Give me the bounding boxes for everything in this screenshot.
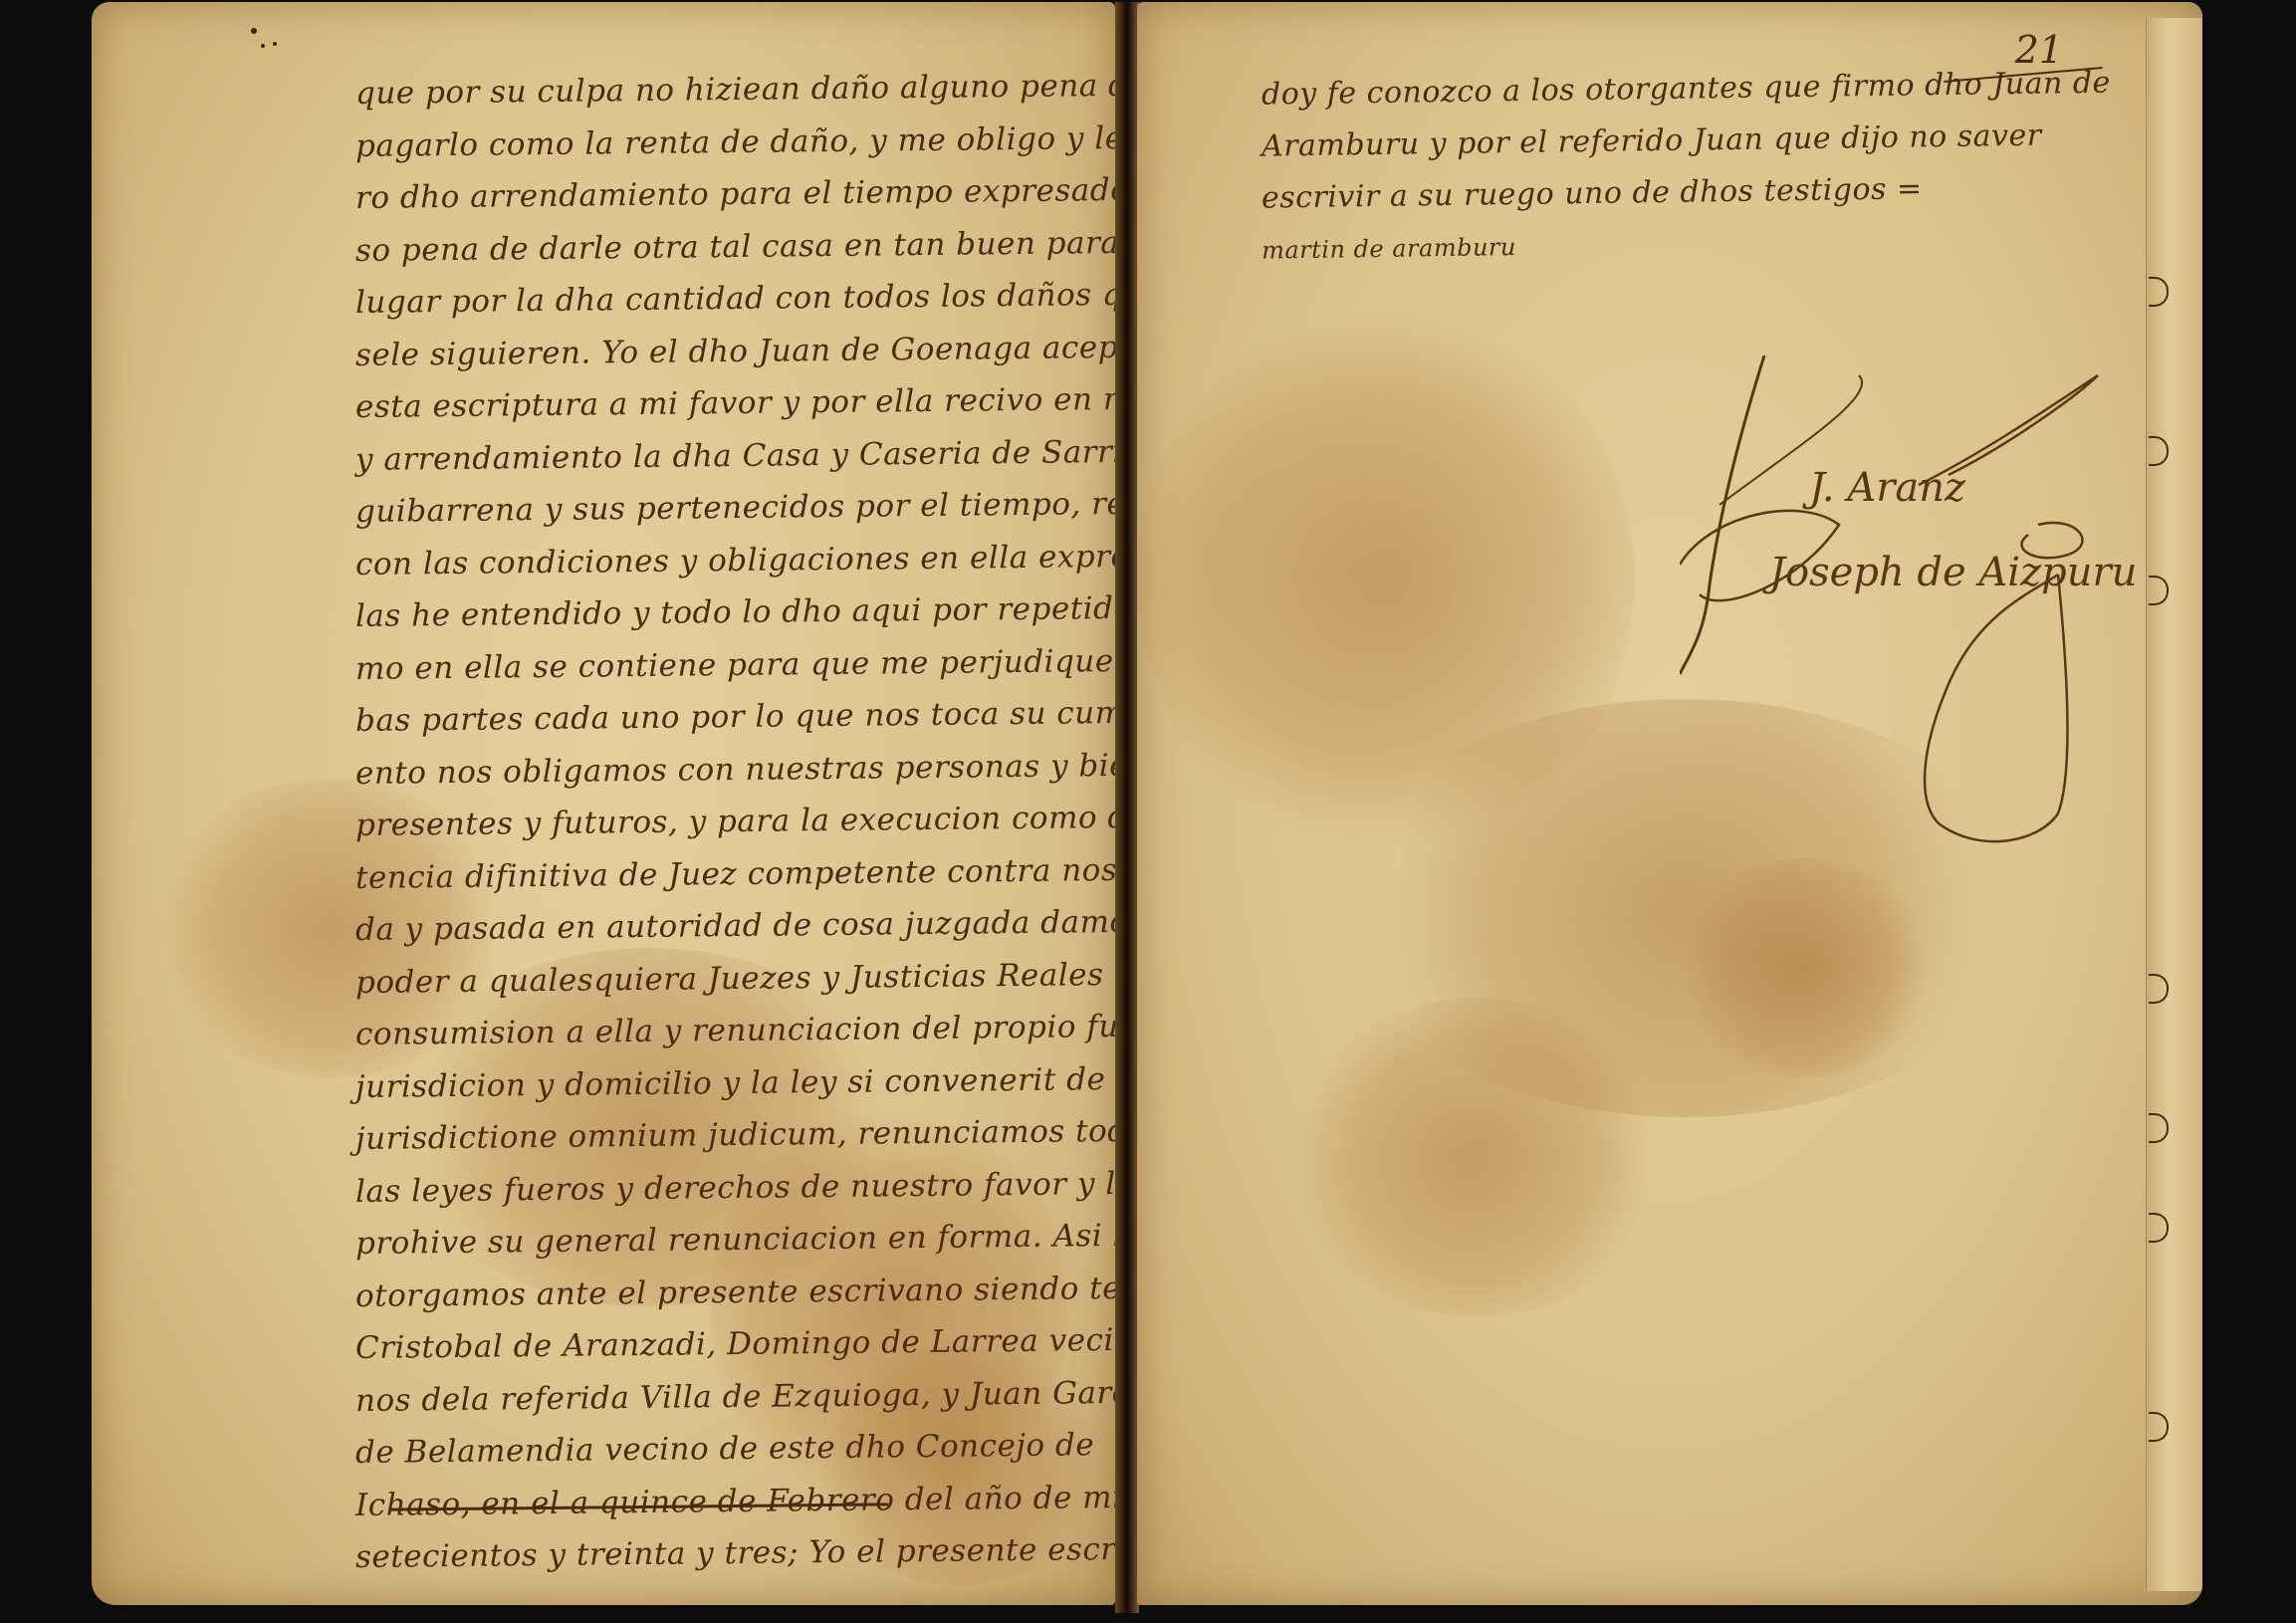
right-page-text: doy fe conozco a los otorgantes que firm… — [1262, 64, 2058, 259]
manuscript-line: consumision a ella y renunciacion del pr… — [355, 1001, 1113, 1060]
manuscript-line: lugar por la dha cantidad con todos los … — [355, 269, 1113, 329]
manuscript-line: ento nos obligamos con nuestras personas… — [355, 740, 1113, 800]
manuscript-line: so pena de darle otra tal casa en tan bu… — [355, 217, 1113, 277]
book-gutter — [1115, 2, 1139, 1613]
manuscript-line: las he entendido y todo lo dho aqui por … — [355, 582, 1113, 642]
signature-line-1: J. Aranz — [1809, 465, 1965, 511]
signature-flourish: J. Aranz Joseph de Aizpuru — [1680, 355, 2158, 853]
manuscript-line: presentes y futuros, y para la execucion… — [355, 792, 1113, 851]
manuscript-line: ro dho arrendamiento para el tiempo expr… — [355, 164, 1113, 224]
manuscript-line: guibarrena y sus pertenecidos por el tie… — [355, 478, 1113, 538]
manuscript-line: de Belamendia vecino de este dho Concejo… — [355, 1419, 1113, 1479]
page-fore-edge — [2146, 18, 2202, 1591]
right-page: 21 doy fe conozco a los otorgantes que f… — [1137, 2, 2202, 1605]
manuscript-line: Cristobal de Aranzadi, Domingo de Larrea… — [355, 1314, 1113, 1374]
manuscript-line: da y pasada en autoridad de cosa juzgada… — [355, 896, 1113, 956]
water-stain — [1675, 858, 1934, 1077]
manuscript-line: mo en ella se contiene para que me perju… — [355, 635, 1113, 695]
manuscript-line: nos dela referida Villa de Ezquioga, y J… — [355, 1367, 1113, 1427]
manuscript-line: prohive su general renunciacion en forma… — [355, 1210, 1113, 1270]
manuscript-line: poder a qualesquiera Juezes y Justicias … — [355, 949, 1113, 1009]
manuscript-line: bas partes cada uno por lo que nos toca … — [355, 687, 1113, 747]
manuscript-line: jurisdictione omnium judicum, renunciamo… — [355, 1105, 1113, 1165]
manuscript-line: esta escriptura a mi favor y por ella re… — [355, 373, 1113, 433]
manuscript-line: Ichaso, en el a quince de Febrero del añ… — [355, 1472, 1113, 1531]
manuscript-line: sele siguieren. Yo el dho Juan de Goenag… — [355, 322, 1113, 381]
manuscript-line: y arrendamiento la dha Casa y Caseria de… — [355, 426, 1113, 486]
manuscript-line: las leyes fueros y derechos de nuestro f… — [355, 1158, 1113, 1218]
manuscript-line: jurisdicion y domicilio y la ley si conv… — [355, 1053, 1113, 1113]
manuscript-line: con las condiciones y obligaciones en el… — [355, 531, 1113, 590]
left-page-text: que por su culpa no hiziean daño alguno … — [355, 64, 1112, 1580]
left-page: que por su culpa no hiziean daño alguno … — [92, 2, 1115, 1605]
signature-rubric-icon — [1680, 355, 2158, 853]
water-stain — [1286, 998, 1665, 1316]
manuscript-line: setecientos y treinta y tres; Yo el pres… — [355, 1523, 1113, 1583]
manuscript-line: que por su culpa no hiziean daño alguno … — [355, 60, 1113, 119]
manuscript-line: pagarlo como la renta de daño, y me obli… — [355, 113, 1113, 172]
manuscript-line: tencia difinitiva de Juez competente con… — [355, 844, 1113, 904]
book-spread: que por su culpa no hiziean daño alguno … — [92, 2, 2202, 1613]
manuscript-line: otorgamos ante el presente escrivano sie… — [355, 1263, 1113, 1322]
signature-line-2: Joseph de Aizpuru — [1769, 550, 2137, 595]
